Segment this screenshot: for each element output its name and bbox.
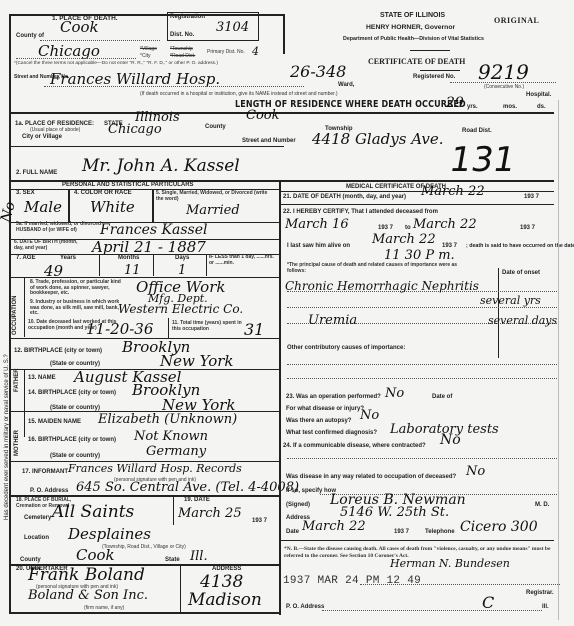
sex-divider <box>68 189 70 223</box>
ward-value: 26-348 <box>290 62 346 81</box>
registered-line <box>450 82 556 83</box>
informant-po-value: 645 So. Central Ave. (Tel. 4-4008) <box>76 480 299 495</box>
county-line <box>40 40 160 41</box>
cause-1-value: Chronic Hemorrhagic Nephritis <box>285 279 479 293</box>
burial-county-value: Cook <box>76 546 115 564</box>
undertaker-address-number: 4138 <box>200 572 243 592</box>
age-divider-2 <box>153 254 154 276</box>
city-label: *City <box>140 53 151 59</box>
burial-date-divider <box>173 495 174 525</box>
center-column-divider <box>279 180 281 615</box>
township-label: *Township <box>170 46 193 52</box>
telephone-label: Telephone <box>425 529 455 535</box>
communicable-line <box>287 458 557 459</box>
yrs-label: yrs. <box>467 104 478 110</box>
sex-label: 3. SEX <box>16 190 35 196</box>
filed-stamp: 1937 MAR 24 PM 12 49 <box>283 575 421 587</box>
ds-label: ds. <box>537 104 546 110</box>
form-left-border <box>9 14 11 614</box>
father-side-label: FATHER <box>14 368 20 392</box>
industry-value: Western Electric Co. <box>118 302 243 316</box>
occupation-related-label: Was disease in any way related to occupa… <box>286 474 456 480</box>
form-bottom-border <box>9 612 279 614</box>
telephone-value: Cicero 300 <box>460 519 538 535</box>
cause-1-onset: several yrs <box>480 294 541 307</box>
usual-place-label: (Usual place of abode) <box>30 127 80 133</box>
spouse-value: Frances Kassel <box>100 222 207 238</box>
header-rule <box>410 50 450 51</box>
cause-2-onset: several days <box>488 314 557 327</box>
total-time-divider <box>168 318 169 338</box>
communicable-label: 24. If a communicable disease, where con… <box>283 443 426 449</box>
registration-label: Registration <box>170 14 205 20</box>
cemetery-value: All Saints <box>52 502 134 522</box>
race-value: White <box>90 198 135 216</box>
attended-to-value: March 22 <box>413 217 477 232</box>
residence-county-value: Cook <box>246 108 279 123</box>
header-rule-2 <box>420 70 460 71</box>
father-name-label: 13. NAME <box>28 375 56 381</box>
total-time-label: 11. Total time (years) spent in this occ… <box>172 321 242 332</box>
age-months-label: Months <box>118 255 139 261</box>
location-label: Location <box>24 535 49 541</box>
burial-state-value: Ill. <box>190 549 208 564</box>
last-saw-label: I last saw him alive on <box>287 243 350 249</box>
age-months-value: 11 <box>124 263 141 278</box>
age-days-label: Days <box>175 255 189 261</box>
mother-side-label: MOTHER <box>14 430 20 456</box>
mother-maiden-label: 15. MAIDEN NAME <box>28 419 81 425</box>
undertaker-signature-value: Frank Boland <box>28 565 145 585</box>
other-line-2 <box>287 378 557 379</box>
total-time-value: 31 <box>244 320 264 339</box>
age-label: 7. AGE <box>16 255 35 261</box>
date-of-death-label: 21. DATE OF DEATH (month, day, and year) <box>283 194 406 200</box>
burial-county-label: County <box>20 557 41 563</box>
county-of-death-value: Cook <box>60 18 99 36</box>
cause-line-2 <box>287 307 557 308</box>
road-dist-label: *Road Dist. <box>170 53 195 59</box>
other-causes-label: Other contributory causes of importance: <box>287 345 405 351</box>
mother-birthplace-state-value: Germany <box>146 444 206 459</box>
registered-no-label: Registered No. <box>413 74 455 80</box>
sex-value: Male <box>24 198 62 216</box>
full-name-label: 2. FULL NAME <box>16 170 57 176</box>
occupation-side-label: OCCUPATION <box>12 296 18 335</box>
signed-label: (Signed) <box>286 502 310 508</box>
burial-state-label: State <box>165 557 180 563</box>
governor-title: HENRY HORNER, Governor <box>366 24 455 31</box>
attended-from-year: 193 7 <box>378 225 393 231</box>
city-line <box>16 58 136 59</box>
onset-divider <box>498 268 499 358</box>
communicable-value: No <box>440 432 461 448</box>
registrar-line <box>360 584 560 585</box>
age-less-label: IF LESS than 1 day, ......hrs. or ......… <box>209 255 275 266</box>
occupation-related-value: No <box>466 464 485 479</box>
registrar-signature: Herman N. Bundesen <box>390 557 510 570</box>
cancel-note: *(Cancel the three terms not applicable—… <box>14 61 218 66</box>
mother-state-label: (State or country) <box>50 453 100 459</box>
trade-label: 8. Trade, profession, or particular kind… <box>30 280 125 297</box>
age-divider-1 <box>99 254 100 276</box>
operation-label: 23. Was an operation performed? <box>286 394 381 400</box>
age-days-value: 1 <box>178 263 186 278</box>
date-of-death-value: March 22 <box>421 184 485 199</box>
mother-birthplace-label: 16. BIRTHPLACE (city or town) <box>28 437 116 443</box>
age-divider-3 <box>206 254 207 276</box>
registrar-po-line <box>322 610 542 611</box>
date-onset-label: Date of onset <box>502 270 540 276</box>
registrar-label: Registrar. <box>526 590 554 596</box>
length-years-value: 29 <box>446 95 464 111</box>
physician-date-year: 193 7 <box>394 529 409 535</box>
residence-street-value: 4418 Gladys Ave. <box>312 130 444 148</box>
race-label: 4. COLOR OR RACE <box>74 190 132 196</box>
undertaker-firm-value: Boland & Son Inc. <box>28 588 148 603</box>
residence-street-label: Street and Number <box>242 138 296 144</box>
dist-no-value: 3104 <box>216 20 249 35</box>
physician-address-value: 5146 W. 25th St. <box>340 505 449 520</box>
village-label: *Village <box>140 46 157 52</box>
last-saw-value: March 22 <box>372 232 436 247</box>
dist-no-label: Dist. No. <box>170 32 194 38</box>
attended-from-value: March 16 <box>285 217 349 232</box>
operation-value: No <box>385 386 404 401</box>
consecutive-label: (Consecutive No.) <box>484 84 524 90</box>
undertaker-address-street: Madison <box>188 590 262 610</box>
page-right-edge <box>558 100 559 620</box>
street-line <box>44 86 304 87</box>
location-value: Desplaines <box>68 525 151 543</box>
certify-label: 22. I HEREBY CERTIFY, That I attended de… <box>283 209 438 215</box>
burial-year-suffix: 193 7 <box>252 518 267 524</box>
mos-label: mos. <box>503 104 517 110</box>
date-of-death-year: 193 7 <box>524 194 539 200</box>
attended-to-label: to <box>405 225 411 231</box>
residence-road-dist-label: Road Dist. <box>462 128 492 134</box>
cemetery-label: Cemetery <box>24 515 51 521</box>
undertaker-divider <box>180 564 181 612</box>
registered-no-value: 9219 <box>478 60 529 84</box>
operation-date-label: Date of <box>432 394 452 400</box>
mother-birthplace-city-value: Not Known <box>134 429 208 444</box>
residence-county-label: County <box>205 124 226 130</box>
time-of-death-value: 11 30 P m. <box>384 248 455 263</box>
registrar-po-label: P. O. Address <box>286 604 324 610</box>
county-of-death-label: County of <box>16 33 44 39</box>
informant-label: 17. INFORMANT <box>22 469 68 475</box>
spouse-label: 5a. If married, widowed, or divorced HUS… <box>16 222 106 233</box>
registrar-ill-label: Ill. <box>542 604 549 610</box>
full-name-value: Mr. John A. Kassel <box>82 156 240 176</box>
medical-rule-2 <box>279 204 554 205</box>
section-divider-2 <box>9 146 284 147</box>
race-divider <box>152 189 154 223</box>
parent-side-divider <box>24 369 25 437</box>
personal-section-label: PERSONAL AND STATISTICAL PARTICULARS <box>62 182 194 188</box>
certificate-title: CERTIFICATE OF DEATH <box>368 57 465 66</box>
last-worked-value: 11-20-36 <box>86 320 153 338</box>
dob-label: 6. DATE OF BIRTH (month, day, and year) <box>14 240 86 251</box>
age-years-label: Years <box>60 255 76 261</box>
hospital-label: Hospital. <box>526 92 551 98</box>
md-label: M. D. <box>535 502 549 508</box>
marital-label: 5. Single, Married, Widowed, or Divorced… <box>156 190 274 202</box>
ward-label: Ward, <box>338 82 354 88</box>
disease-label: For what disease or injury? <box>286 406 364 412</box>
informant-value: Frances Willard Hosp. Records <box>68 462 242 475</box>
residence-city-value: Chicago <box>108 122 162 137</box>
section-divider-1 <box>9 112 554 114</box>
occupation-side-divider <box>24 277 25 337</box>
form-top-right-border <box>283 14 285 54</box>
state-title: STATE OF ILLINOIS <box>380 12 445 19</box>
other-line-1 <box>287 364 557 365</box>
medical-rule <box>279 191 554 192</box>
test-label: What test confirmed diagnosis? <box>286 430 377 436</box>
birthplace-label: 12. BIRTHPLACE (city or town) <box>14 348 102 354</box>
father-birthplace-label: 14. BIRTHPLACE (city or town) <box>28 390 116 396</box>
residence-city-label: City or Village <box>22 134 62 140</box>
nb-rule <box>279 540 554 541</box>
primary-dist-label: Primary Dist. No. <box>207 49 245 55</box>
cause-2-value: Uremia <box>308 313 357 328</box>
original-label: ORIGINAL <box>494 16 539 25</box>
industry-label: 9. Industry or business in which work wa… <box>30 300 125 317</box>
attended-to-year: 193 7 <box>520 225 535 231</box>
marital-value: Married <box>186 203 240 218</box>
autopsy-value: No <box>360 408 379 423</box>
annotation-131: 131 <box>446 140 518 180</box>
birthplace-state-label: (State or country) <box>50 361 100 367</box>
autopsy-label: Was there an autopsy? <box>286 418 351 424</box>
cause-label: *The principal cause of death and relate… <box>287 262 477 274</box>
hospital-note: (If death occurred in a hospital or inst… <box>140 91 338 97</box>
physician-date-label: Date <box>286 529 299 535</box>
burial-date-value: March 25 <box>178 506 242 521</box>
physician-date-value: March 22 <box>302 519 366 534</box>
registrar-po-value: C <box>482 593 494 612</box>
undertaker-firm-note: (firm name, if any) <box>84 605 124 611</box>
department-title: Department of Public Health—Division of … <box>343 36 484 42</box>
informant-po-label: P. O. Address <box>30 488 68 494</box>
primary-dist-value: 4 <box>252 45 259 58</box>
death-certificate: Has decedent ever served in military or … <box>0 0 574 626</box>
burial-date-label: 19. DATE <box>184 497 210 503</box>
mother-maiden-value: Elizabeth (Unknown) <box>98 412 237 427</box>
